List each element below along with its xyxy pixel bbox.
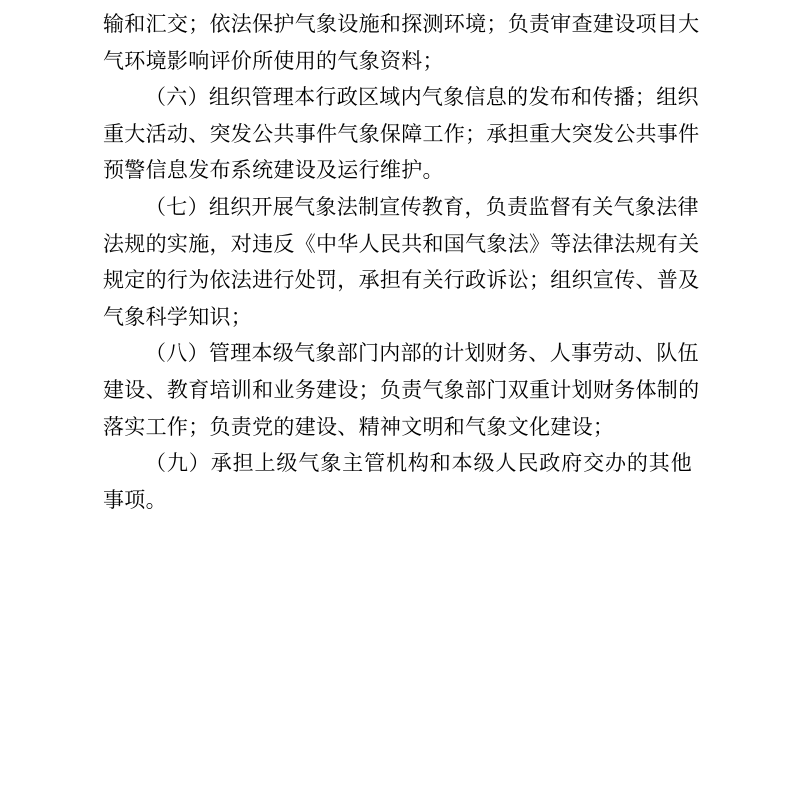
document-text-block: 输和汇交；依法保护气象设施和探测环境；负责审查建设项目大 气环境影响评价所使用的… <box>103 6 692 518</box>
text-line: 建设、教育培训和业务建设；负责气象部门双重计划财务体制的 <box>103 372 692 409</box>
paragraph-item-9: （九）承担上级气象主管机构和本级人民政府交办的其他 事项。 <box>103 445 692 518</box>
text-line: 预警信息发布系统建设及运行维护。 <box>103 152 692 189</box>
text-line: 重大活动、突发公共事件气象保障工作；承担重大突发公共事件 <box>103 116 692 153</box>
text-line: 输和汇交；依法保护气象设施和探测环境；负责审查建设项目大 <box>103 6 692 43</box>
paragraph-item-7: （七）组织开展气象法制宣传教育，负责监督有关气象法律 法规的实施，对违反《中华人… <box>103 189 692 335</box>
text-line: （八）管理本级气象部门内部的计划财务、人事劳动、队伍 <box>103 335 692 372</box>
text-line: （七）组织开展气象法制宣传教育，负责监督有关气象法律 <box>103 189 692 226</box>
paragraph-item-6: （六）组织管理本行政区域内气象信息的发布和传播；组织 重大活动、突发公共事件气象… <box>103 79 692 189</box>
text-line: 气环境影响评价所使用的气象资料； <box>103 43 692 80</box>
text-line: （六）组织管理本行政区域内气象信息的发布和传播；组织 <box>103 79 692 116</box>
text-line: 规定的行为依法进行处罚，承担有关行政诉讼；组织宣传、普及 <box>103 262 692 299</box>
paragraph-item-8: （八）管理本级气象部门内部的计划财务、人事劳动、队伍 建设、教育培训和业务建设；… <box>103 335 692 445</box>
text-line: 事项。 <box>103 482 692 519</box>
text-line: （九）承担上级气象主管机构和本级人民政府交办的其他 <box>103 445 692 482</box>
document-page: 输和汇交；依法保护气象设施和探测环境；负责审查建设项目大 气环境影响评价所使用的… <box>0 0 793 805</box>
paragraph-continuation: 输和汇交；依法保护气象设施和探测环境；负责审查建设项目大 气环境影响评价所使用的… <box>103 6 692 79</box>
text-line: 气象科学知识； <box>103 299 692 336</box>
text-line: 落实工作；负责党的建设、精神文明和气象文化建设； <box>103 409 692 446</box>
text-line: 法规的实施，对违反《中华人民共和国气象法》等法律法规有关 <box>103 226 692 263</box>
